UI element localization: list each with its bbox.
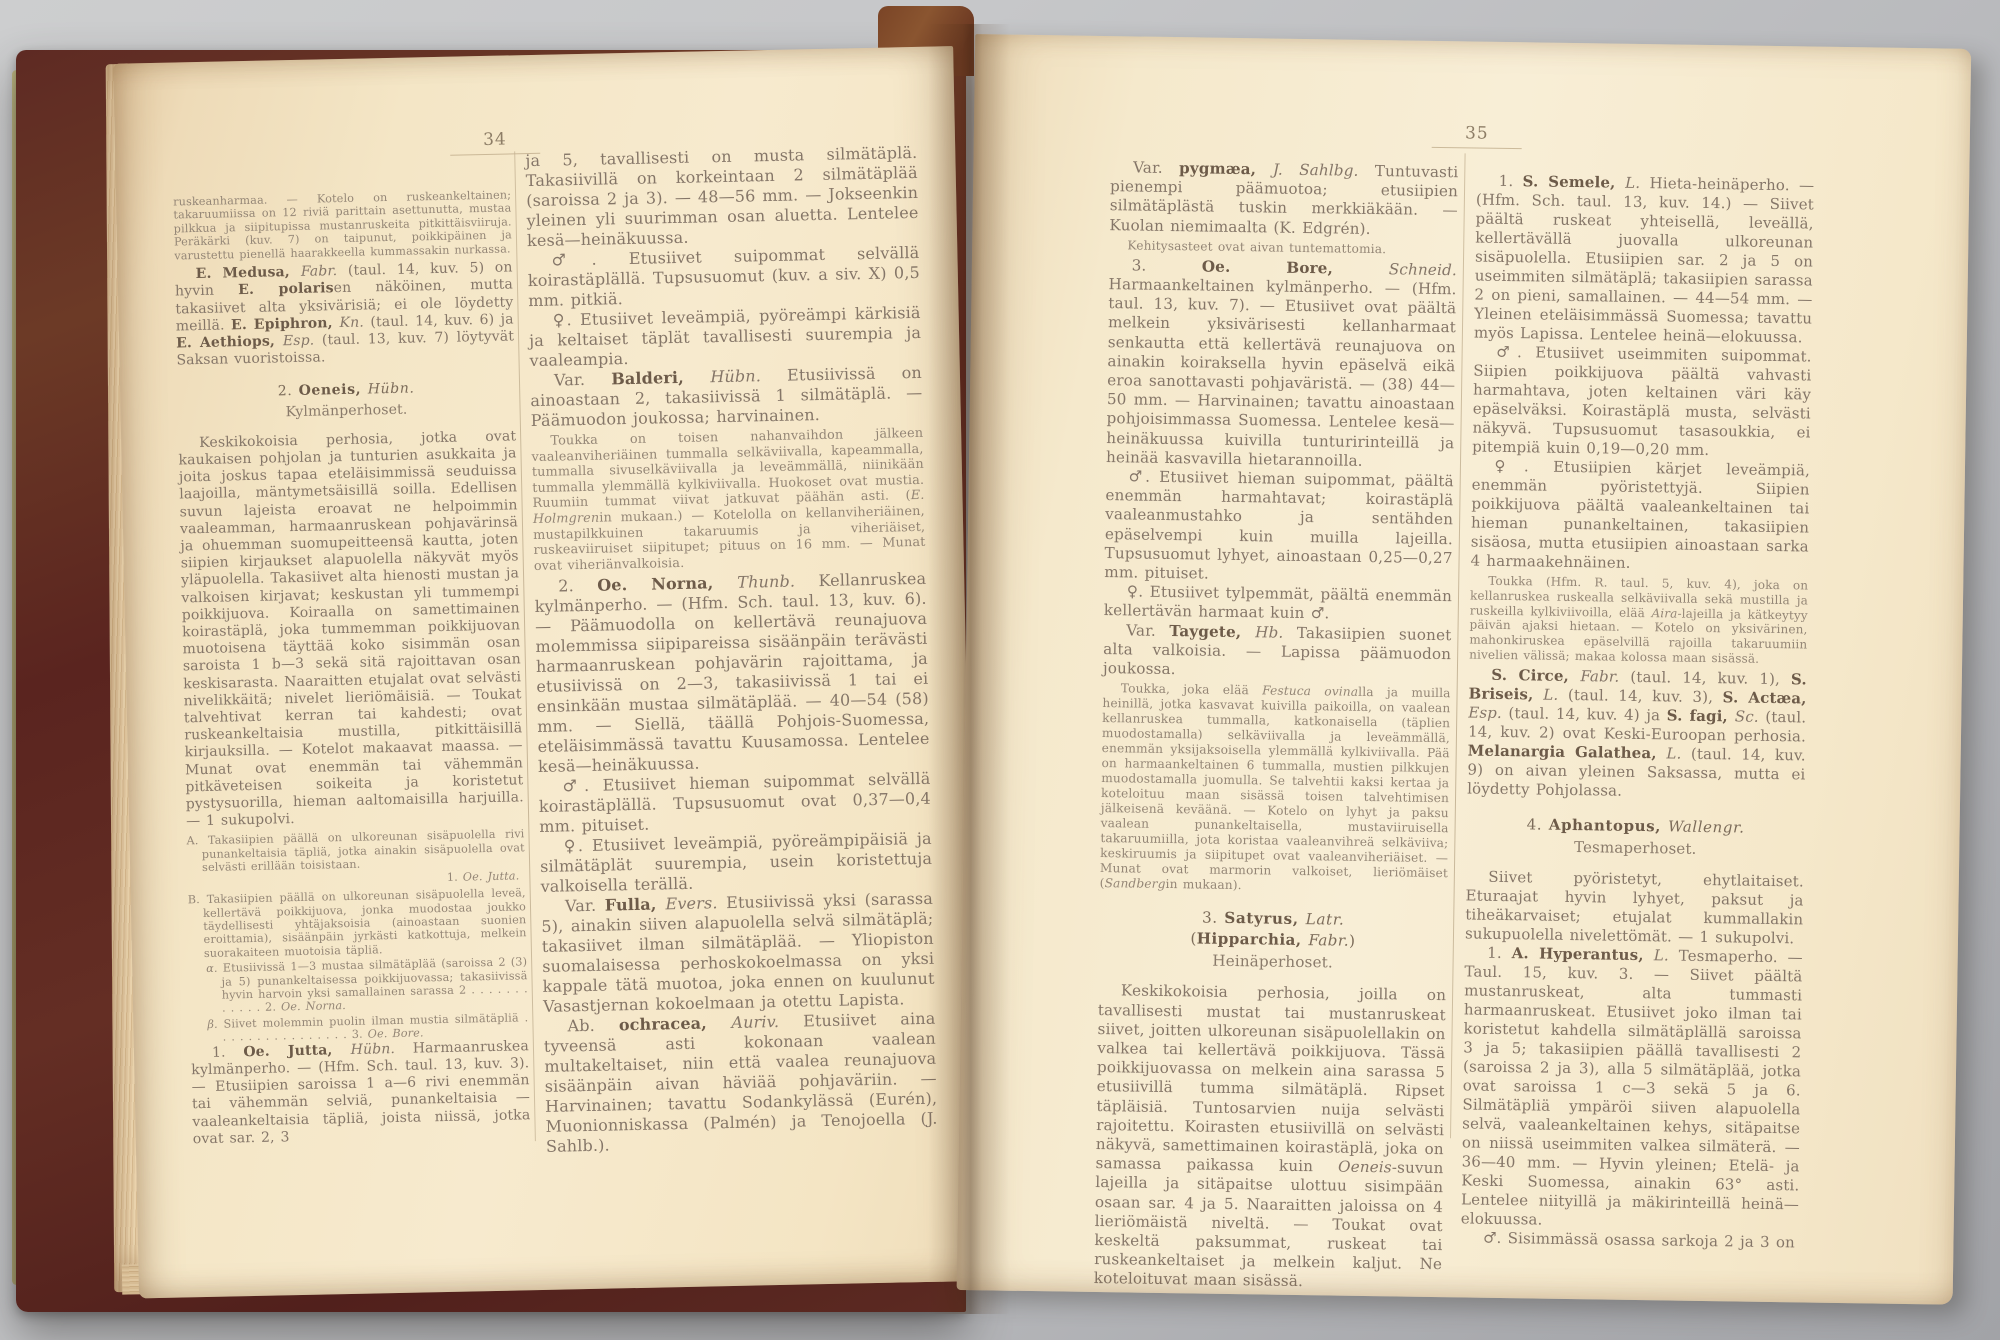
body-text: Keskikokoisia perhosia, joilla on tavall… bbox=[1095, 982, 1446, 1176]
italic-text: Oe. Jutta. bbox=[463, 869, 520, 883]
body-text: -suvun lajeilla ja sitäpaitse ulottuu si… bbox=[1094, 1159, 1444, 1291]
paragraph: Keskikokoisia perhosia, jotka ovat kauka… bbox=[178, 428, 524, 831]
body-text: Kylmänperhoset. bbox=[286, 401, 408, 420]
italic-text: Hübn. bbox=[350, 1041, 395, 1058]
body-text: ♀. Etusiivet leveämpiä, pyöreämpipäisiä … bbox=[540, 829, 932, 896]
bold-species-name: S. Circe, bbox=[1491, 666, 1580, 685]
italic-text: L. bbox=[1666, 744, 1681, 762]
bold-species-name: S. Semele, bbox=[1522, 172, 1625, 192]
paragraph: Var. pygmæa, J. Sahlbg. Tuntuvasti piene… bbox=[1109, 158, 1458, 240]
italic-text: Esp. bbox=[283, 333, 315, 350]
body-text: 4. bbox=[1527, 815, 1549, 833]
left-page-column-2: ja 5, tavallisesti on musta silmätäplä. … bbox=[525, 143, 938, 1157]
bold-species-name: Melanargia Galathea, bbox=[1468, 741, 1667, 762]
small-print-paragraph: Toukka on toisen nahanvaihdon jälkeen va… bbox=[531, 426, 926, 575]
book-photo: 34 ruskeanharmaa. — Kotelo on ruskeankel… bbox=[0, 0, 2000, 1340]
italic-text: Festuca ovina bbox=[1262, 684, 1358, 699]
body-text: 1. bbox=[1499, 172, 1523, 190]
italic-text: Fabr. bbox=[1308, 931, 1349, 950]
italic-text: Evers. bbox=[665, 894, 717, 914]
bold-species-name: E. Medusa, bbox=[196, 264, 302, 282]
paragraph: Keskikokoisia perhosia, joilla on tavall… bbox=[1094, 981, 1447, 1293]
bold-species-name: pygmæa, bbox=[1179, 159, 1273, 178]
key-subitem: α. Etusiivissä 1—3 mustaa silmätäplää (s… bbox=[189, 955, 528, 1016]
family-subheading: Kylmänperhoset. bbox=[177, 399, 515, 423]
paragraph: ♀. Etusiivet tylpemmät, päältä enemmän k… bbox=[1104, 582, 1453, 626]
family-subheading: Heinäperhoset. bbox=[1098, 950, 1446, 974]
body-text: ♂. Etusiivet hieman suipommat selvällä k… bbox=[539, 769, 931, 836]
body-text: Var. bbox=[1133, 158, 1179, 177]
page-number-right: 35 bbox=[1432, 123, 1522, 149]
italic-text: Hb. bbox=[1255, 623, 1284, 641]
body-text: Var. bbox=[565, 896, 605, 916]
key-item: B. Takasiipien päällä on ulkoreunan sisä… bbox=[188, 886, 527, 960]
family-subheading: Tesmaperhoset. bbox=[1466, 836, 1804, 860]
body-text: in mukaan). bbox=[1166, 877, 1242, 892]
body-text: Toukka on toisen nahanvaihdon jälkeen va… bbox=[531, 426, 924, 512]
body-text: ♂. Sisimmässä osassa sarkoja 2 ja 3 on bbox=[1483, 1229, 1795, 1252]
page-number-rule bbox=[1432, 147, 1522, 149]
italic-text: Hübn. bbox=[710, 366, 761, 386]
left-page-column-1: ruskeanharmaa. — Kotelo on ruskeankeltai… bbox=[173, 188, 531, 1148]
italic-text: Schneid. bbox=[1389, 260, 1457, 279]
paragraph: ♀. Etusiivet leveämpiä, pyöreämpi kärkis… bbox=[529, 303, 922, 371]
paragraph: Var. Fulla, Evers. Etusiivissä yksi (sar… bbox=[541, 889, 935, 1017]
right-page-column-2: 1. S. Semele, L. Hieta-heinäperho. — (Hf… bbox=[1460, 172, 1814, 1253]
body-text: ♀. Etusiipien kärjet leveämpiä, enemmän … bbox=[1470, 457, 1810, 572]
body-text: Var. bbox=[1126, 621, 1169, 640]
italic-text: Oeneis bbox=[1338, 1158, 1392, 1177]
italic-text: Wallengr. bbox=[1668, 817, 1745, 836]
body-text: A. Takasiipien päällä on ulkoreunan sisä… bbox=[186, 828, 524, 875]
paragraph: S. Circe, Fabr. (taul. 14, kuv. 1), S. B… bbox=[1467, 665, 1807, 803]
body-text: Kehitysasteet ovat aivan tuntemattomia. bbox=[1127, 238, 1386, 256]
bold-species-name: Satyrus, bbox=[1224, 909, 1306, 928]
body-text: Ab. bbox=[567, 1016, 619, 1036]
body-text: 3. bbox=[1202, 908, 1225, 926]
body-text: Etusiivissä 1—3 mustaa silmätäplää (saro… bbox=[218, 955, 528, 1015]
genus-heading: 4. Aphantopus, Wallengr. bbox=[1467, 814, 1805, 838]
italic-text: Sandberg bbox=[1105, 876, 1166, 891]
paragraph: 1. Oe. Jutta, Hübn. Harmaanruskea kylmän… bbox=[191, 1038, 531, 1148]
bold-species-name: E. polaris bbox=[238, 280, 334, 298]
italic-text: Oe. Bore. bbox=[368, 1027, 424, 1041]
paragraph: ♀. Etusiipien kärjet leveämpiä, enemmän … bbox=[1470, 456, 1810, 575]
paragraph: ♂. Etusiivet hieman suipommat selvällä k… bbox=[538, 769, 931, 837]
paragraph: 2. Oe. Norna, Thunb. Kellanruskea kylmän… bbox=[534, 569, 930, 777]
italic-text: Oe. Norna. bbox=[281, 1000, 346, 1014]
italic-text: Latr. bbox=[1306, 910, 1345, 929]
italic-text: J. Sahlbg. bbox=[1273, 160, 1359, 179]
body-text: 2. bbox=[278, 383, 299, 399]
italic-text: β. bbox=[207, 1018, 218, 1031]
bold-species-name: Fulla, bbox=[605, 895, 666, 915]
body-text: ♀. Etusiivet tylpemmät, päältä enemmän k… bbox=[1104, 583, 1453, 623]
body-text: ruskeanharmaa. — Kotelo on ruskeankeltai… bbox=[173, 188, 512, 262]
body-text: Heinäperhoset. bbox=[1212, 952, 1333, 972]
paragraph: Siivet pyöristetyt, ehytlaitaiset. Etura… bbox=[1465, 867, 1804, 948]
italic-text: L. bbox=[1625, 174, 1640, 192]
bold-species-name: Oe. Jutta, bbox=[243, 1042, 351, 1060]
italic-text: Sc. bbox=[1735, 707, 1759, 725]
bold-species-name: E. Aethiops, bbox=[176, 333, 283, 351]
body-text: ) bbox=[1349, 932, 1356, 950]
paragraph: 3. Oe. Bore, Schneid. Harmaankeltainen k… bbox=[1106, 256, 1457, 472]
body-text: B. Takasiipien päällä on ulkoreunan sisä… bbox=[188, 886, 527, 959]
small-print-paragraph: Kehitysasteet ovat aivan tuntemattomia. bbox=[1109, 238, 1457, 258]
bold-species-name: S. Actæa, bbox=[1722, 688, 1806, 707]
body-text: 3. bbox=[1132, 256, 1202, 275]
paragraph: Ab. ochracea, Auriv. Etusiivet aina tyve… bbox=[543, 1009, 938, 1157]
italic-text: Esp. bbox=[1468, 703, 1502, 721]
key-item: A. Takasiipien päällä on ulkoreunan sisä… bbox=[186, 828, 525, 875]
italic-text: Aira bbox=[1651, 606, 1677, 620]
bold-species-name: A. Hyperantus, bbox=[1512, 944, 1655, 964]
bold-species-name: Hipparchia, bbox=[1197, 929, 1309, 949]
body-text: 1. bbox=[1487, 944, 1512, 962]
body-text: ♀. Etusiivet leveämpiä, pyöreämpi kärkis… bbox=[529, 303, 921, 370]
body-text: Harmaankeltainen kylmänperho. — (Hfm. ta… bbox=[1106, 275, 1457, 470]
paragraph: Var. Taygete, Hb. Takasiipien suonet alt… bbox=[1103, 621, 1452, 684]
paragraph: ♂. Etusiivet useimmiten suipommat. Siipi… bbox=[1472, 342, 1812, 461]
body-text: Tesmaperho. — Taul. 15, kuv. 3. — Siivet… bbox=[1461, 946, 1803, 1228]
body-text: Keskikokoisia perhosia, jotka ovat kauka… bbox=[178, 428, 523, 829]
italic-text: Auriv. bbox=[731, 1012, 779, 1032]
paragraph-continuation: ja 5, tavallisesti on musta silmätäplä. … bbox=[525, 143, 919, 251]
body-text: Toukka, joka elää bbox=[1121, 682, 1262, 698]
body-text: 1. bbox=[212, 1044, 244, 1061]
body-text: lla ja muilla heinillä, jotka kasvavat k… bbox=[1100, 685, 1451, 890]
paragraph: ♂. Etusiivet hieman suipommat, päältä en… bbox=[1104, 467, 1454, 587]
italic-text: Hübn. bbox=[368, 381, 415, 398]
paragraph: ♂. Etusiivet suipommat selvällä koirastä… bbox=[527, 243, 920, 311]
bold-species-name: Taygete, bbox=[1169, 622, 1255, 641]
body-text: ♂. Etusiivet suipommat selvällä koirastä… bbox=[528, 243, 920, 310]
bold-species-name: S. fagi, bbox=[1667, 706, 1735, 725]
body-text: (taul. 14, kuv. 1), bbox=[1619, 668, 1791, 689]
body-text: ♂. Etusiivet hieman suipommat, päältä en… bbox=[1104, 467, 1454, 582]
small-print-paragraph: Toukka (Hfm. R. taul. 5, kuv. 4), joka o… bbox=[1469, 573, 1808, 667]
italic-text: Kn. bbox=[339, 314, 364, 331]
italic-text: L. bbox=[1654, 946, 1669, 964]
genus-heading: 3. Satyrus, Latr. bbox=[1099, 907, 1447, 931]
body-text: (taul. 14, kuv. 3), bbox=[1558, 686, 1722, 706]
page-number-text: 35 bbox=[1465, 123, 1489, 143]
italic-text: α. bbox=[206, 962, 218, 975]
small-print-continuation: ruskeanharmaa. — Kotelo on ruskeankeltai… bbox=[173, 188, 512, 262]
body-text: Kellanruskea kylmänperho. — (Hfm. Sch. t… bbox=[535, 569, 930, 776]
body-text: Hieta-heinäperho. — (Hfm. Sch. taul. 13,… bbox=[1474, 174, 1814, 346]
right-page: 35 Var. pygmæa, J. Sahlbg. Tuntuvasti pi… bbox=[957, 34, 1972, 1305]
paragraph: 1. A. Hyperantus, L. Tesmaperho. — Taul.… bbox=[1461, 943, 1803, 1233]
paragraph: E. Medusa, Fabr. (taul. 14, kuv. 5) on h… bbox=[175, 260, 515, 370]
italic-text: Thunb. bbox=[737, 572, 795, 592]
body-text: (taul. 14, kuv. 4) ja bbox=[1502, 704, 1667, 724]
bold-species-name: Balderi, bbox=[611, 367, 711, 388]
body-text: ja 5, tavallisesti on musta silmätäplä. … bbox=[525, 143, 919, 250]
paragraph: ♀. Etusiivet leveämpiä, pyöreämpipäisiä … bbox=[540, 829, 933, 897]
italic-text: L. bbox=[1543, 685, 1558, 703]
bold-species-name: Oe. Norna, bbox=[597, 573, 737, 595]
bold-species-name: E. Epiphron, bbox=[231, 315, 340, 333]
italic-text: Fabr. bbox=[1580, 667, 1619, 686]
bold-species-name: Oe. Bore, bbox=[1202, 257, 1389, 278]
paragraph: ♂. Sisimmässä osassa sarkoja 2 ja 3 on bbox=[1460, 1228, 1798, 1252]
page-number-text: 34 bbox=[483, 130, 507, 150]
small-print-paragraph: Toukka, joka elää Festuca ovinalla ja mu… bbox=[1100, 681, 1451, 896]
bold-species-name: ochracea, bbox=[619, 1013, 732, 1034]
body-text: Var. bbox=[554, 369, 612, 389]
body-text: Tesmaperhoset. bbox=[1574, 838, 1697, 858]
bold-species-name: Oeneis, bbox=[298, 382, 367, 399]
paragraph: 1. S. Semele, L. Hieta-heinäperho. — (Hf… bbox=[1474, 172, 1814, 348]
bold-species-name: Aphantopus, bbox=[1549, 816, 1669, 836]
body-text: ♂. Etusiivet useimmiten suipommat. Siipi… bbox=[1472, 343, 1812, 459]
right-page-column-1: Var. pygmæa, J. Sahlbg. Tuntuvasti piene… bbox=[1094, 158, 1459, 1294]
paragraph: Var. Balderi, Hübn. Etusiivissä on ainoa… bbox=[530, 363, 923, 431]
left-page: 34 ruskeanharmaa. — Kotelo on ruskeankel… bbox=[113, 46, 979, 1298]
body-text: 2. bbox=[558, 576, 597, 596]
genus-synonym-heading: (Hipparchia, Fabr.) bbox=[1099, 928, 1447, 952]
body-text: Siivet pyöristetyt, ehytlaitaiset. Etura… bbox=[1465, 868, 1804, 948]
body-text: (taul. 14, kuv. 6) ja bbox=[364, 311, 514, 330]
italic-text: Fabr. bbox=[301, 263, 338, 280]
body-text: 1. bbox=[447, 870, 463, 883]
